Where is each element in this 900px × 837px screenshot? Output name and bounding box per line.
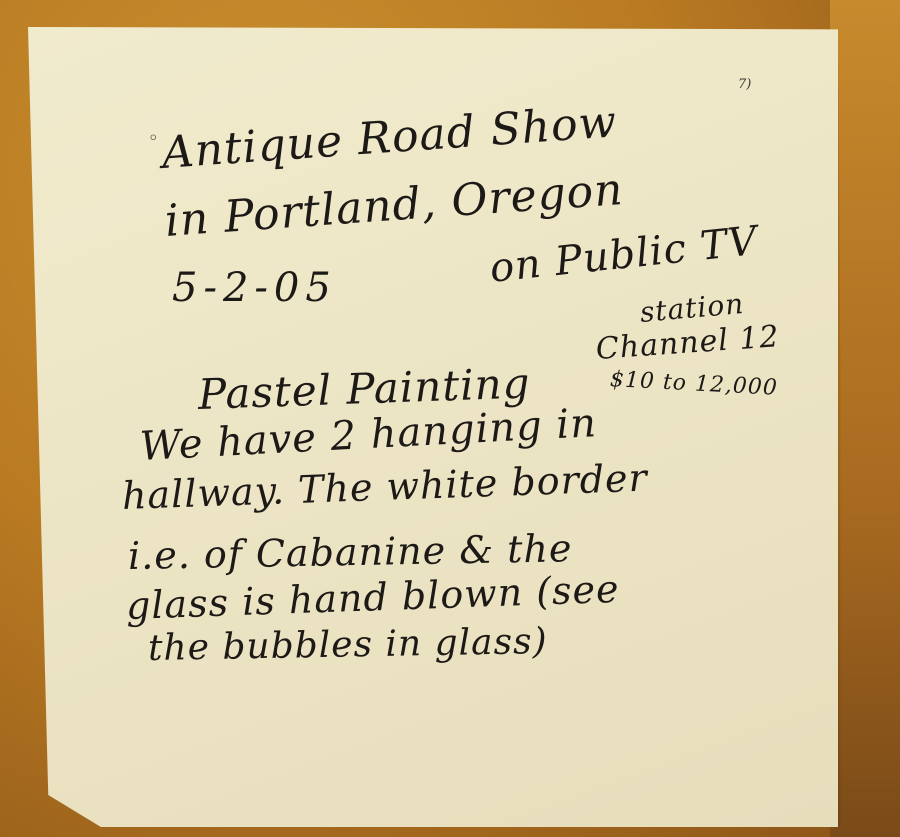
date-text: 5-2-05 [172,265,337,311]
bullet-mark-icon: ◦ [148,128,159,149]
desk-background [830,0,900,837]
corner-page-mark: 7) [738,77,751,92]
body-line-5: the bubbles in glass) [148,621,548,669]
